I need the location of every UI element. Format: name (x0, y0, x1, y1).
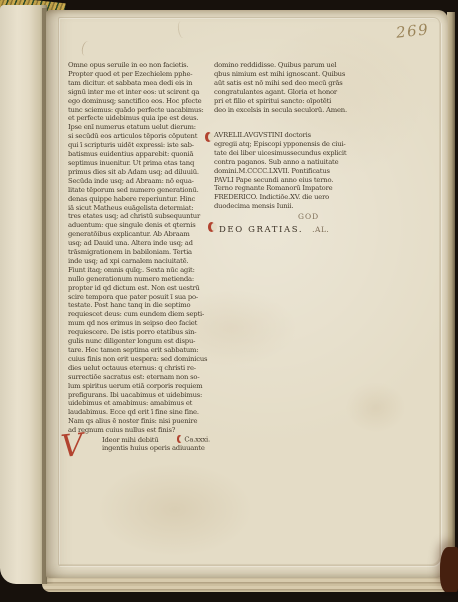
text-line: requiescere. De istis porro etatibus sin… (68, 328, 210, 337)
text-line: batismus euidentius apparebit: quoniā (68, 150, 210, 159)
text-line: uidebimus et amabimus: amabimus et (68, 399, 210, 408)
right-page-edge (447, 12, 455, 584)
text-line: egregii atq; Episcopi ypponensis de ciui… (214, 140, 364, 149)
al-annotation: .AL. (312, 225, 329, 234)
text-line: PAVLI Pape secundi anno eius terno. (214, 176, 364, 185)
text-line: requiescet deus: cum eundem diem septi- (68, 310, 210, 319)
text-line: tres etates usq; ad christū subsequuntur (68, 212, 210, 221)
text-line: iā sicut Matheus euāgelista determiat: (68, 204, 210, 213)
rubric-pilcrow-icon (177, 435, 183, 443)
text-line: lum spiritus uerum etiā corporis requiem (68, 382, 210, 391)
text-line: tunc sciemus: quādo perfecte uacabimus: (68, 106, 210, 115)
final-paragraph: V Ideor mihi debitū Ca.xxxi. ingentis hu… (68, 435, 210, 453)
left-text-column: Omne opus seruile in eo non facietis.Pro… (68, 61, 210, 435)
text-line: dies uelut octauus eternus: q christi re… (68, 364, 210, 373)
corner-stain (440, 547, 458, 592)
text-line: testate. Post hanc tanq in die septimo (68, 301, 210, 310)
page: 269 Omne opus seruile in eo non facietis… (46, 10, 448, 578)
text-line: pri et filio et spiritui sancto: oīpotēt… (214, 97, 356, 106)
final-line-1: Ideor mihi debitū Ca.xxxi. (102, 435, 210, 444)
text-line: prefigurans. Ibi uacabimus et uidebimus: (68, 391, 210, 400)
text-line: cuius finis non erit uespera: sed domini… (68, 355, 210, 364)
rubric-pilcrow-icon (205, 132, 212, 142)
text-line: denas quippe habere reperiuntur. Hinc (68, 195, 210, 204)
text-line: domini.M.CCCC.LXVII. Pontificatus (214, 167, 364, 176)
colophon: AVRELII.AVGVSTINI doctorisegregii atq; E… (214, 131, 364, 211)
text-line: scire tempora que pater posuit ī sua po- (68, 293, 210, 302)
text-line: primus dies sit ab Adam usq; ad diluuiū. (68, 168, 210, 177)
text-line: usq; ad Dauid una. Altera inde usq; ad (68, 239, 210, 248)
chapter-label: Ca.xxxi. (177, 435, 210, 444)
god-annotation: GOD (298, 212, 319, 221)
text-line: Fiunt itaq; omnis quīq;. Sexta nūc agit: (68, 266, 210, 275)
text-line: AVRELII.AVGVSTINI doctoris (214, 131, 364, 140)
text-line: tate dei liber uicesimussecundus explici… (214, 149, 364, 158)
text-line: qui ī scripturis uidēt expressi: iste sa… (68, 141, 210, 150)
text-line: et perfecte uidebimus quia ipe est deus. (68, 114, 210, 123)
text-line: aduentum: que singule denis et qternis (68, 221, 210, 230)
text-line: Nam qs alius ē noster finis: nisi puenir… (68, 417, 210, 426)
text-line: FREDERICO. Indictiōe.XV. die uero (214, 193, 364, 202)
text-line: ad regnum cuius nullus est finis? (68, 426, 210, 435)
text-line: tam dicitur. et sabbata mea dedi eis in (68, 79, 210, 88)
videor-text: Ideor mihi debitū (102, 436, 159, 445)
text-line: signū inter me et inter eos: ut scirent … (68, 88, 210, 97)
folio-number: 269 (395, 20, 430, 41)
text-line: si secūdū eos articulos tēporis cōputent (68, 132, 210, 141)
text-line: congratulantes agant. Gloria et honor (214, 88, 356, 97)
text-line: laudabimus. Ecce qd erit ī fine sine fin… (68, 408, 210, 417)
text-line: litate tēporum sed numero generationū. (68, 186, 210, 195)
text-line: domino reddidisse. Quibus parum uel (214, 61, 356, 70)
text-line: trāsmigrationem in babiloniam. Tertia (68, 248, 210, 257)
text-line: surrectiōe sacratus est: eternam non so- (68, 373, 210, 382)
text-line: Terno regnante Romanorū Impatore (214, 184, 364, 193)
text-line: tare. Hec tamen septima erit sabbatum: (68, 346, 210, 355)
book-scan: 269 Omne opus seruile in eo non facietis… (0, 0, 458, 602)
deo-gratias-text: DEO GRATIAS. (219, 225, 303, 235)
text-line: Omne opus seruile in eo non facietis. (68, 61, 210, 70)
rubricated-initial: V (59, 430, 84, 462)
text-line: propter id qd dictum est. Non est uestrū (68, 284, 210, 293)
rubric-pilcrow-icon (208, 222, 215, 232)
text-line: qbus nimium est mihi ignoscant. Quibus (214, 70, 356, 79)
text-line: generatōibus explicantur. Ab Abraam (68, 230, 210, 239)
text-line: inde usq; ad xpi carnalem naciuitatē. (68, 257, 210, 266)
right-text-column: domino reddidisse. Quibus parum uelqbus … (214, 61, 356, 114)
text-line: Ipse enī numerus etatum uelut dierum: (68, 123, 210, 132)
text-line: Secūda inde usq; ad Abraam: nō equa- (68, 177, 210, 186)
text-line: duodecima mensis Iunii. (214, 202, 364, 211)
final-line-2: ingentis huius operis adiuuante (102, 444, 210, 453)
text-line: aūt satis est nō mihi sed deo mecū grās (214, 79, 356, 88)
text-line: gulis nunc diligenter longum est dispu- (68, 337, 210, 346)
facing-page (0, 5, 47, 584)
text-line: contra paganos. Sub anno a natiuitate (214, 158, 364, 167)
text-line: mum qd nos erimus in seipso deo faciet (68, 319, 210, 328)
text-line: septimus inuenitur. Ut prima etas tanq (68, 159, 210, 168)
text-line: ego dominusq; sanctifico eos. Hoc pfecte (68, 97, 210, 106)
deo-gratias-line: DEO GRATIAS. .AL. (208, 222, 329, 235)
text-line: nullo generationum numero metienda: (68, 275, 210, 284)
text-line: deo in excelsis in secula seculorū. Amen… (214, 106, 356, 115)
text-line: Propter quod et per Ezechielem pphe- (68, 70, 210, 79)
chapter-ref: Ca.xxxi. (184, 436, 210, 444)
